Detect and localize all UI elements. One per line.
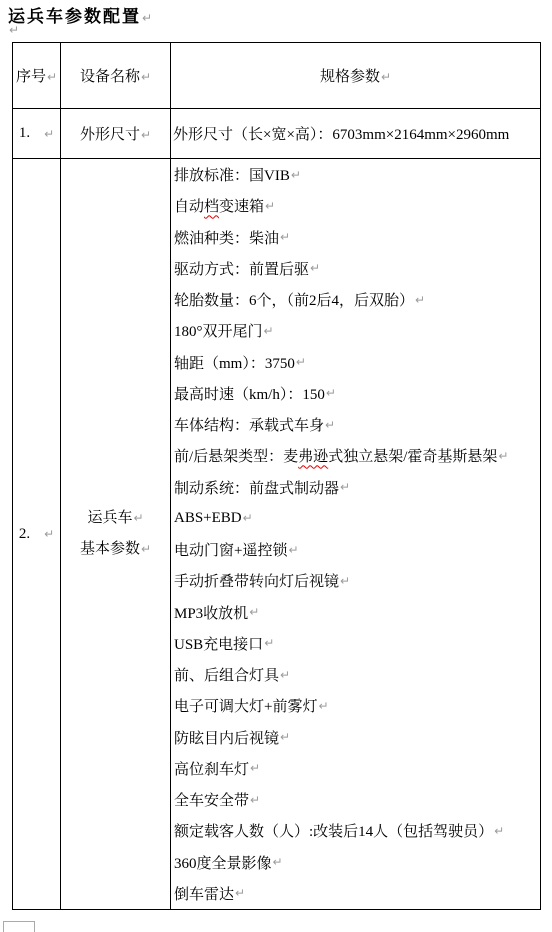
spec-line-text: 轴距（mm）：3750 (174, 352, 295, 373)
page-title-text: 运兵车参数配置 (8, 7, 141, 26)
paragraph-mark-icon: ↵ (250, 761, 260, 775)
clipped-paragraph-box (3, 921, 35, 932)
row2-index-label: 2. (19, 526, 30, 543)
spec-line: 轮胎数量：6个，（前2后4，后双胎）↵ (174, 284, 540, 315)
paragraph-mark-icon: ↵ (47, 70, 57, 84)
spec-line: 360度全景影像↵ (174, 847, 540, 878)
spec-line-text: 排放标准：国VIB (174, 164, 290, 185)
spec-line-text: 电子可调大灯+前雾灯 (174, 695, 317, 716)
paragraph-mark-icon: ↵ (273, 855, 283, 869)
spec-line-text: 电动门窗+遥控锁 (174, 539, 287, 560)
spec-line-text: 防眩目内后视镜 (174, 727, 279, 748)
paragraph-mark-icon: ↵ (318, 699, 328, 713)
paragraph-mark-icon: ↵ (415, 293, 425, 307)
spec-line-text: 高位刹车灯 (174, 758, 249, 779)
spec-line-text: 最高时速（km/h）：150 (174, 383, 325, 404)
paragraph-mark-icon: ↵ (381, 70, 391, 84)
spec-line-text: 倒车雷达 (174, 883, 234, 904)
misspelled-word: 档 (204, 195, 219, 216)
row1-device-name-label: 外形尺寸 (80, 127, 140, 143)
spec-line: 前/后悬架类型：麦弗逊式独立悬架/霍奇基斯悬架↵ (174, 440, 540, 471)
paragraph-mark-icon: ↵ (243, 511, 253, 525)
row1-spec-text: 外形尺寸（长×宽×高）：6703mm×2164mm×2960mm (171, 123, 540, 144)
spec-line: 驱动方式：前置后驱↵ (174, 253, 540, 284)
row1-spec-cell: 外形尺寸（长×宽×高）：6703mm×2164mm×2960mm (171, 109, 541, 159)
table-header-row: 序号↵ 设备名称↵ 规格参数↵ (13, 43, 541, 109)
paragraph-mark-icon: ↵ (326, 386, 336, 400)
row2-index-cell: 2.↵ (13, 159, 61, 910)
spec-line: 制动系统：前盘式制动器↵ (174, 472, 540, 503)
paragraph-mark-icon: ↵ (141, 70, 151, 84)
paragraph-mark-icon: ↵ (340, 480, 350, 494)
spec-line: ABS+EBD↵ (174, 503, 540, 534)
spec-line: MP3收放机↵ (174, 597, 540, 628)
spec-line: 电子可调大灯+前雾灯↵ (174, 690, 540, 721)
spec-line-text: ABS+EBD (174, 510, 242, 527)
spec-line-text: 燃油种类：柴油 (174, 227, 279, 248)
spec-line-text: 前/后悬架类型：麦 (174, 445, 298, 466)
paragraph-mark-icon: ↵ (280, 730, 290, 744)
spec-line-text: 前、后组合灯具 (174, 664, 279, 685)
header-device-name-label: 设备名称 (80, 69, 140, 85)
spec-line: 自动档变速箱↵ (174, 190, 540, 221)
paragraph-mark-icon: ↵ (9, 23, 19, 37)
paragraph-mark-icon: ↵ (280, 230, 290, 244)
paragraph-mark-icon: ↵ (235, 886, 245, 900)
paragraph-mark-icon: ↵ (250, 793, 260, 807)
paragraph-mark-icon: ↵ (296, 355, 306, 369)
row1-index-cell: 1.↵ (13, 109, 61, 159)
header-index-label: 序号 (16, 69, 46, 85)
row1-device-name-cell: 外形尺寸↵ (61, 109, 171, 159)
paragraph-mark-icon: ↵ (494, 824, 504, 838)
spec-line-text: 手动折叠带转向灯后视镜 (174, 570, 339, 591)
spec-line-text: 制动系统：前盘式制动器 (174, 477, 339, 498)
spec-line: 手动折叠带转向灯后视镜↵ (174, 565, 540, 596)
spec-line-text: 轮胎数量：6个，（前2后4，后双胎） (174, 289, 414, 310)
spec-line: 额定载客人数（人）:改装后14人（包括驾驶员）↵ (174, 815, 540, 846)
spec-line: 燃油种类：柴油↵ (174, 222, 540, 253)
spec-list: 排放标准：国VIB↵ 自动档变速箱↵ 燃油种类：柴油↵ 驱动方式：前置后驱↵ 轮… (171, 159, 540, 909)
paragraph-mark-icon: ↵ (291, 168, 301, 182)
spec-line-text: 驱动方式：前置后驱 (174, 258, 309, 279)
spec-line: 180°双开尾门↵ (174, 315, 540, 346)
paragraph-mark-icon: ↵ (265, 199, 275, 213)
spec-line: 前、后组合灯具↵ (174, 659, 540, 690)
table-row: 2.↵ 运兵车↵ 基本参数↵ 排放标准：国VIB↵ 自动档变速箱↵ 燃油种类：柴… (13, 159, 541, 910)
paragraph-mark-icon: ↵ (249, 605, 259, 619)
spec-line-text: 自动 (174, 195, 204, 216)
paragraph-mark-icon: ↵ (310, 261, 320, 275)
page-title: 运兵车参数配置↵ (8, 2, 152, 27)
spec-line: 排放标准：国VIB↵ (174, 159, 540, 190)
spec-line-text: 变速箱 (219, 195, 264, 216)
spec-line-text: USB充电接口 (174, 633, 263, 654)
header-spec-label: 规格参数 (320, 69, 380, 85)
paragraph-mark-icon: ↵ (141, 128, 151, 142)
row2-spec-cell: 排放标准：国VIB↵ 自动档变速箱↵ 燃油种类：柴油↵ 驱动方式：前置后驱↵ 轮… (171, 159, 541, 910)
row2-device-name-line1: 运兵车↵ (61, 503, 170, 534)
row2-device-name-cell: 运兵车↵ 基本参数↵ (61, 159, 171, 910)
spec-line: 轴距（mm）：3750↵ (174, 347, 540, 378)
spec-line: 防眩目内后视镜↵ (174, 722, 540, 753)
paragraph-mark-icon: ↵ (44, 127, 54, 141)
spec-line-text: 额定载客人数（人）:改装后14人（包括驾驶员） (174, 820, 493, 841)
table-row: 1.↵ 外形尺寸↵ 外形尺寸（长×宽×高）：6703mm×2164mm×2960… (13, 109, 541, 159)
header-cell-spec: 规格参数↵ (171, 43, 541, 109)
paragraph-mark-icon: ↵ (325, 418, 335, 432)
row2-device-name-line2: 基本参数↵ (61, 534, 170, 565)
spec-line-text: 360度全景影像 (174, 852, 272, 873)
spec-line: 倒车雷达↵ (174, 878, 540, 909)
row2-device-name-line1-text: 运兵车 (87, 510, 132, 526)
paragraph-mark-icon: ↵ (288, 543, 298, 557)
header-cell-index: 序号↵ (13, 43, 61, 109)
paragraph-mark-icon: ↵ (142, 11, 152, 25)
spec-line-text: 车体结构：承载式车身 (174, 414, 324, 435)
paragraph-mark-icon: ↵ (264, 324, 274, 338)
spec-line: 电动门窗+遥控锁↵ (174, 534, 540, 565)
row2-device-name-line2-text: 基本参数 (80, 541, 140, 557)
spec-table: 序号↵ 设备名称↵ 规格参数↵ 1.↵ 外形尺寸↵ 外形尺寸（长×宽×高）：67… (12, 42, 541, 910)
paragraph-mark-icon: ↵ (141, 542, 151, 556)
spec-line: 全车安全带↵ (174, 784, 540, 815)
spec-line-text: 式独立悬架/霍奇基斯悬架 (328, 445, 497, 466)
paragraph-mark-icon: ↵ (133, 511, 143, 525)
paragraph-mark-icon: ↵ (498, 449, 508, 463)
row1-index-label: 1. (19, 125, 30, 142)
spec-line: USB充电接口↵ (174, 628, 540, 659)
paragraph-mark-icon: ↵ (264, 636, 274, 650)
header-cell-device-name: 设备名称↵ (61, 43, 171, 109)
spec-line-text: MP3收放机 (174, 602, 248, 623)
empty-paragraph: ↵ (8, 23, 19, 39)
paragraph-mark-icon: ↵ (340, 574, 350, 588)
misspelled-word: 弗逊 (298, 445, 328, 466)
spec-line-text: 180°双开尾门 (174, 320, 263, 341)
paragraph-mark-icon: ↵ (44, 527, 54, 541)
paragraph-mark-icon: ↵ (280, 668, 290, 682)
spec-line: 最高时速（km/h）：150↵ (174, 378, 540, 409)
spec-line: 高位刹车灯↵ (174, 753, 540, 784)
spec-line: 车体结构：承载式车身↵ (174, 409, 540, 440)
spec-line-text: 全车安全带 (174, 789, 249, 810)
